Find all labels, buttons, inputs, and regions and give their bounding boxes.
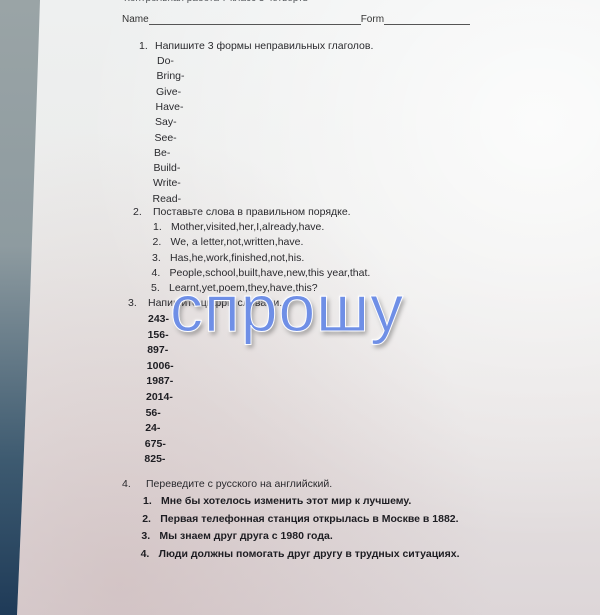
item-number: 1. (143, 496, 161, 507)
name-label: Name (122, 14, 149, 25)
item-number: 4. (152, 268, 170, 279)
item-number: 3. (141, 531, 159, 542)
section-1-heading: 1.Напишите 3 формы неправильных глаголов… (139, 41, 373, 52)
verb-item: Read- (153, 194, 182, 205)
verb-item: Be- (154, 148, 170, 159)
item-text: Has,he,work,finished,not,his. (170, 252, 304, 264)
form-blank (384, 15, 470, 25)
section-1-title: Напишите 3 формы неправильных глаголов. (155, 40, 373, 52)
number-item: 56- (146, 408, 161, 419)
item-text: Мы знаем друг друга с 1980 года. (159, 530, 332, 542)
section-4-title: Переведите с русского на английский. (146, 478, 332, 490)
number-item: 1006- (147, 361, 174, 372)
item-number: 5. (151, 283, 169, 294)
translation-item: 4.Люди должны помогать друг другу в труд… (141, 549, 460, 560)
item-text: Люди должны помогать друг другу в трудны… (159, 548, 460, 560)
number-item: 897- (147, 345, 168, 356)
form-label: Form (361, 14, 384, 25)
verb-item: Say- (155, 117, 177, 128)
number-item: 156- (148, 330, 169, 341)
name-form-row: NameForm (122, 15, 470, 25)
verb-item: Give- (156, 87, 181, 98)
verb-item: Write- (153, 178, 181, 189)
item-number: 2. (142, 514, 160, 525)
verb-item: Build- (154, 163, 181, 174)
verb-item: Have- (156, 102, 184, 113)
section-2-title: Поставьте слова в правильном порядке. (153, 206, 351, 218)
document-title-cut: Контрольная работа 7 класс 3 четверть (124, 0, 308, 4)
section-2-heading: 2.Поставьте слова в правильном порядке. (133, 207, 351, 218)
verb-item: See- (155, 133, 177, 144)
item-number: 1. (153, 222, 171, 233)
item-text: Мне бы хотелось изменить этот мир к лучш… (161, 495, 411, 507)
translation-item: 3.Мы знаем друг друга с 1980 года. (141, 531, 332, 542)
number-item: 2014- (146, 392, 173, 403)
item-text: Первая телефонная станция открылась в Мо… (160, 513, 458, 525)
number-item: 24- (145, 423, 160, 434)
name-blank (149, 15, 361, 25)
item-text: We, a letter,not,written,have. (171, 236, 304, 248)
reorder-item: 1.Mother,visited,her,I,already,have. (153, 222, 324, 233)
number-item: 825- (144, 454, 165, 465)
item-number: 2. (153, 237, 171, 248)
translation-item: 1.Мне бы хотелось изменить этот мир к лу… (143, 496, 411, 507)
number-item: 243- (148, 314, 169, 325)
verb-item: Bring- (157, 71, 185, 82)
item-text: Mother,visited,her,I,already,have. (171, 221, 324, 233)
item-number: 4. (141, 549, 159, 560)
item-number: 3. (152, 253, 170, 264)
verb-item: Do- (157, 56, 174, 67)
translation-item: 2.Первая телефонная станция открылась в … (142, 514, 458, 525)
reorder-item: 3.Has,he,work,finished,not,his. (152, 253, 304, 264)
test-document: Контрольная работа 7 класс 3 четверть Na… (0, 0, 600, 615)
section-4-heading: 4.Переведите с русского на английский. (122, 479, 332, 490)
reorder-item: 2.We, a letter,not,written,have. (153, 237, 304, 248)
watermark: спрошу (170, 275, 404, 341)
number-item: 1987- (146, 376, 173, 387)
number-item: 675- (145, 439, 166, 450)
